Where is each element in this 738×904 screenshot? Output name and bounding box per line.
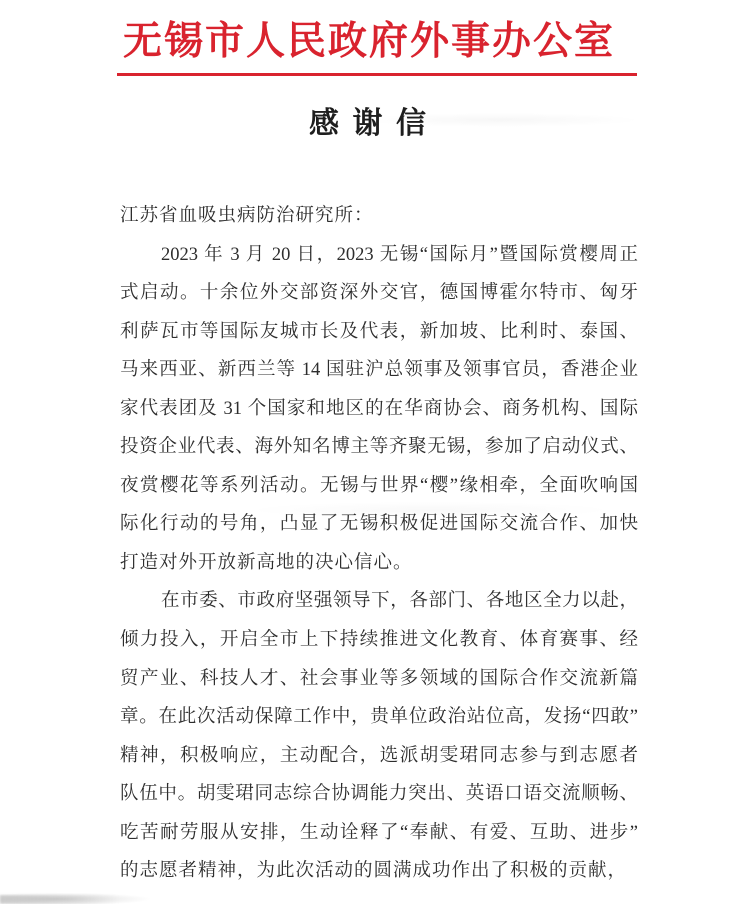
- body-line: 式启动。十余位外交部资深外交官，德国博霍尔特市、匈牙: [120, 274, 638, 313]
- body-line: 江苏省血吸虫病防治研究所：: [120, 197, 638, 236]
- body-line: 利萨瓦市等国际友城市长及代表，新加坡、比利时、泰国、: [120, 313, 638, 352]
- body-line: 投资企业代表、海外知名博主等齐聚无锡，参加了启动仪式、: [120, 428, 638, 467]
- body-line: 家代表团及 31 个国家和地区的在华商协会、商务机构、国际: [120, 390, 638, 429]
- body-line: 2023 年 3 月 20 日，2023 无锡“国际月”暨国际赏樱周正: [120, 236, 638, 275]
- letterhead-divider-rule: [117, 73, 637, 76]
- letter-body: 江苏省血吸虫病防治研究所：2023 年 3 月 20 日，2023 无锡“国际月…: [120, 197, 638, 891]
- body-line: 的志愿者精神，为此次活动的圆满成功作出了积极的贡献，: [120, 852, 638, 891]
- body-line: 精神，积极响应，主动配合，选派胡雯珺同志参与到志愿者: [120, 737, 638, 776]
- body-line: 倾力投入，开启全市上下持续推进文化教育、体育赛事、经: [120, 621, 638, 660]
- body-line: 贸产业、科技人才、社会事业等多领域的国际合作交流新篇: [120, 660, 638, 699]
- letterhead-org-name: 无锡市人民政府外事办公室: [0, 18, 738, 66]
- letter-page: 无锡市人民政府外事办公室 感 谢 信 江苏省血吸虫病防治研究所：2023 年 3…: [0, 0, 738, 904]
- body-line: 在市委、市政府坚强领导下，各部门、各地区全力以赴，: [120, 582, 638, 621]
- body-line: 夜赏樱花等系列活动。无锡与世界“樱”缘相牵，全面吹响国: [120, 467, 638, 506]
- letter-title: 感 谢 信: [0, 103, 738, 145]
- body-line: 打造对外开放新高地的决心信心。: [120, 544, 638, 583]
- body-line: 章。在此次活动保障工作中，贵单位政治站位高，发扬“四敢”: [120, 698, 638, 737]
- body-line: 吃苦耐劳服从安排，生动诠释了“奉献、有爱、互助、进步”: [120, 814, 638, 853]
- body-line: 队伍中。胡雯珺同志综合协调能力突出、英语口语交流顺畅、: [120, 775, 638, 814]
- body-line: 际化行动的号角，凸显了无锡积极促进国际交流合作、加快: [120, 505, 638, 544]
- scan-artifact-smudge: [0, 895, 120, 904]
- body-line: 马来西亚、新西兰等 14 国驻沪总领事及领事官员，香港企业: [120, 351, 638, 390]
